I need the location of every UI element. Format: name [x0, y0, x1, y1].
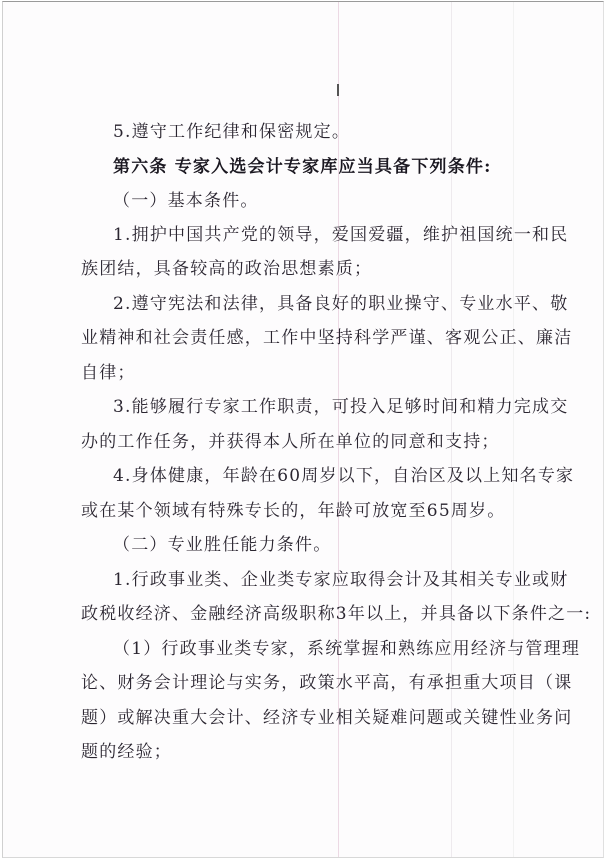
paragraph-line: 论、财务会计理论与实务，政策水平高，有承担重大项目（课 [81, 673, 572, 693]
paragraph-line: 自律； [81, 363, 136, 383]
section-heading: （二）专业胜任能力条件。 [113, 535, 331, 555]
scan-artifact-line [451, 2, 452, 857]
scan-artifact-mark [337, 84, 339, 96]
paragraph-line: 题的经验； [81, 742, 172, 762]
paragraph-line: 政税收经济、金融经济高级职称3年以上，并具备以下条件之一: [81, 604, 591, 624]
paragraph-line: 题）或解决重大会计、经济专业相关疑难问题或关键性业务问 [81, 708, 572, 728]
paragraph-line: （1）行政事业类专家，系统掌握和熟练应用经济与管理理 [113, 639, 580, 659]
paragraph-line: 2.遵守宪法和法律，具备良好的职业操守、专业水平、敬 [113, 294, 568, 314]
paragraph-line: 办的工作任务，并获得本人所在单位的同意和支持； [81, 432, 500, 452]
document-page: 5.遵守工作纪律和保密规定。 第六条 专家入选会计专家库应当具备下列条件: （一… [2, 1, 604, 858]
paragraph-line: 4.身体健康，年龄在60周岁以下，自治区及以上知名专家 [113, 466, 574, 486]
paragraph-line: 3.能够履行专家工作职责，可投入足够时间和精力完成交 [113, 397, 568, 417]
paragraph-line: 族团结，具备较高的政治思想素质； [81, 259, 372, 279]
scan-artifact-line [513, 2, 514, 857]
paragraph-line: 或在某个领域有特殊专长的，年龄可放宽至65周岁。 [81, 501, 505, 521]
paragraph-line: 1.行政事业类、企业类专家应取得会计及其相关专业或财 [113, 570, 568, 590]
paragraph-line: 5.遵守工作纪律和保密规定。 [113, 122, 350, 142]
section-heading: （一）基本条件。 [113, 191, 259, 211]
paragraph-line: 业精神和社会责任感，工作中坚持科学严谨、客观公正、廉洁 [81, 328, 572, 348]
paragraph-line: 1.拥护中国共产党的领导，爱国爱疆，维护祖国统一和民 [113, 225, 568, 245]
article-heading: 第六条 专家入选会计专家库应当具备下列条件: [113, 157, 492, 177]
